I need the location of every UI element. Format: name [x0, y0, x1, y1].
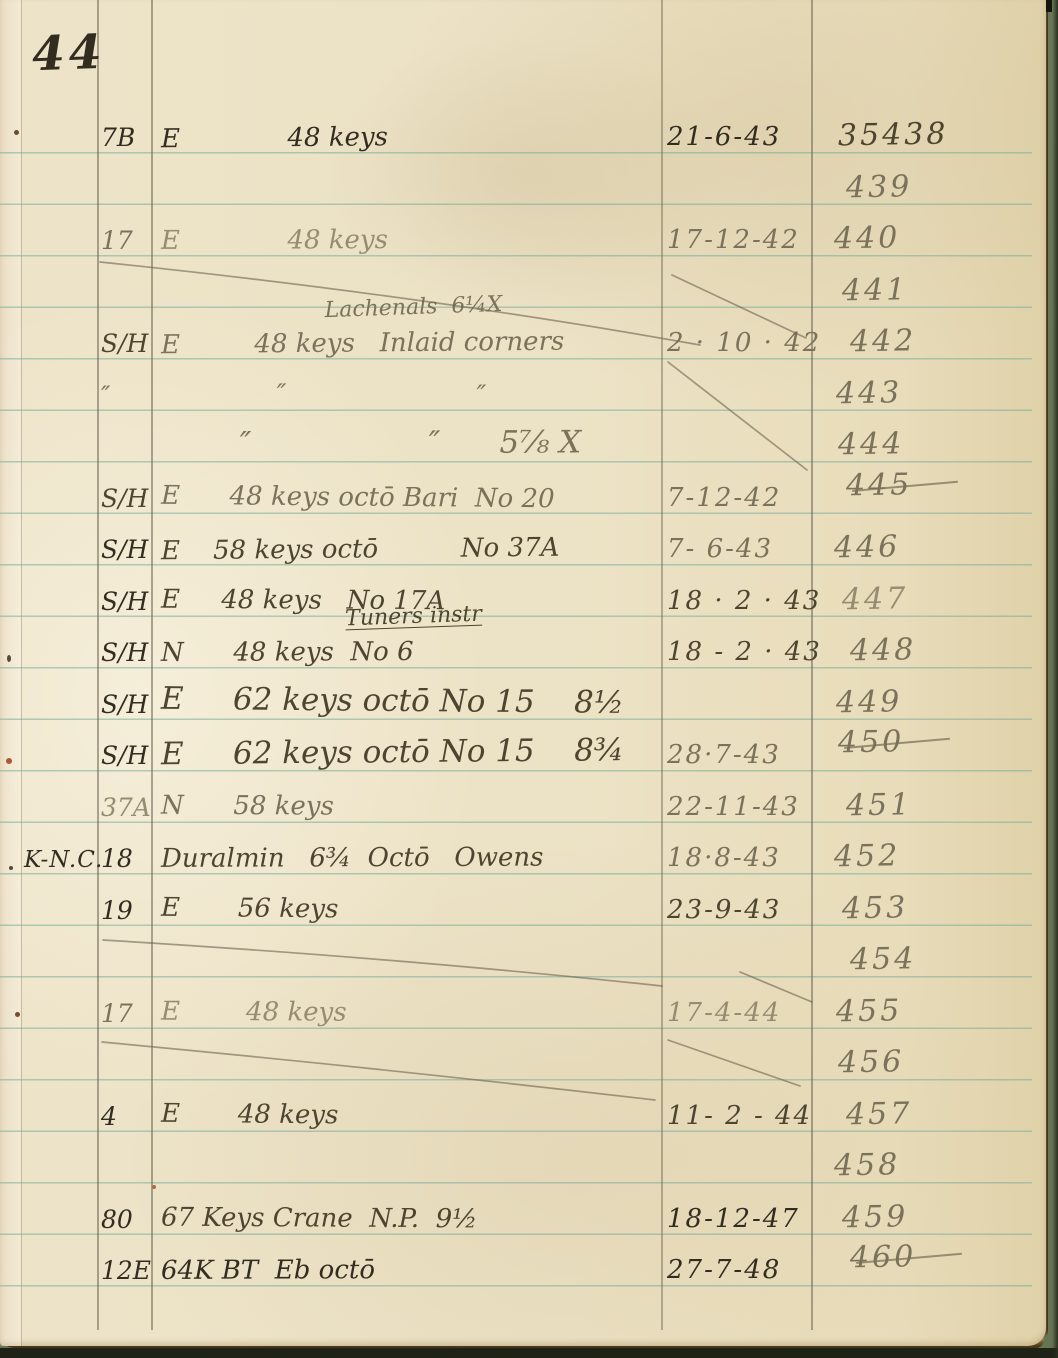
ink-speck	[152, 1185, 156, 1189]
ink-speck	[7, 655, 11, 662]
ink-speck	[14, 130, 19, 135]
ink-speck	[6, 758, 12, 764]
ledger-photo: { "page": { "number": "44", "first_seria…	[0, 0, 1058, 1358]
matte-shadow-right	[1052, 0, 1058, 1358]
pencil-strokes	[0, 0, 1046, 1346]
ink-speck	[9, 866, 13, 870]
ink-speck	[15, 1012, 20, 1017]
ledger-page: 44 7BE 48 keys21-6-433543843917E 48 keys…	[0, 0, 1046, 1346]
matte-shadow-bottom	[0, 1348, 1058, 1358]
